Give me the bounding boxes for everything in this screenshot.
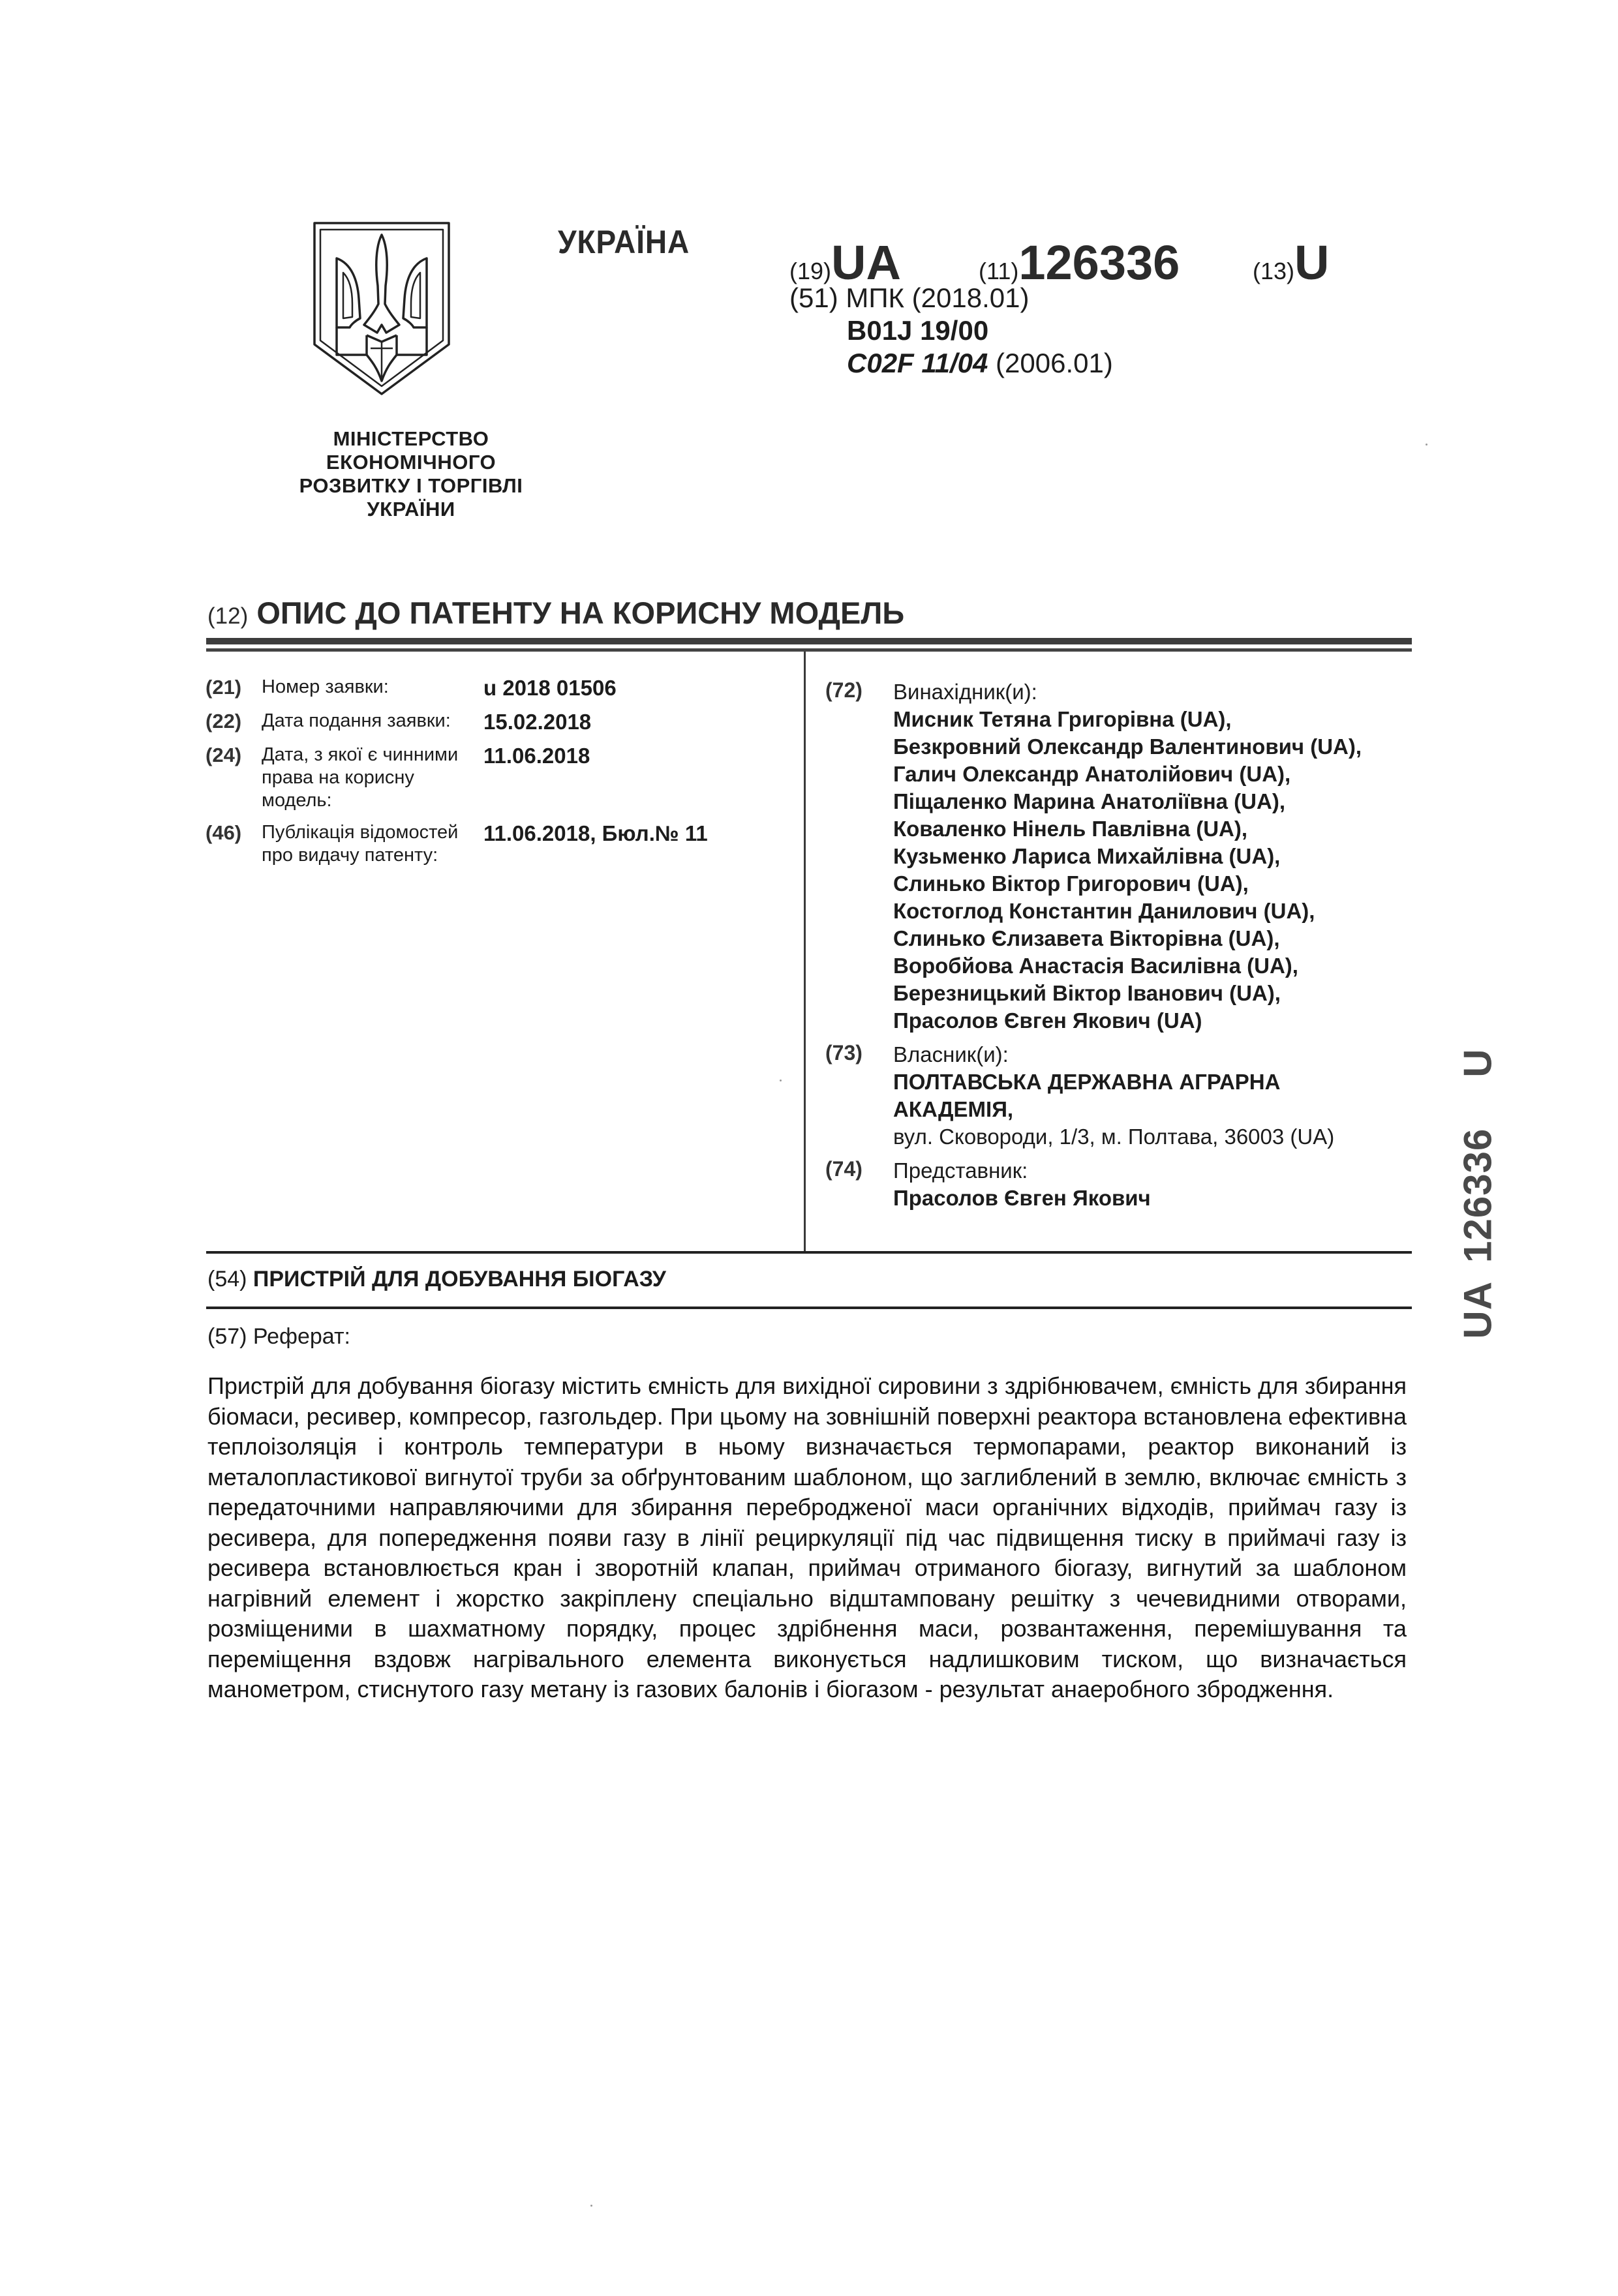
ministry-line: МІНІСТЕРСТВО bbox=[248, 427, 574, 451]
inventor-name: Березницький Віктор Іванович (UA), bbox=[893, 980, 1412, 1007]
inventor-name: Костоглод Константин Данилович (UA), bbox=[893, 898, 1412, 925]
kind-code: (13)U bbox=[1253, 235, 1329, 290]
owner-section: (73) Власник(и): ПОЛТАВСЬКА ДЕРЖАВНА АГР… bbox=[825, 1041, 1412, 1151]
bib-publication: (46) Публікація відомостей про видачу па… bbox=[206, 821, 793, 867]
ministry-line: УКРАЇНИ bbox=[248, 498, 574, 521]
scan-speck bbox=[590, 2205, 592, 2207]
ipc-header: (51) МПК (2018.01) bbox=[789, 282, 1113, 314]
abstract-text: Пристрій для добування біогазу містить є… bbox=[207, 1371, 1407, 1705]
representative-section: (74) Представник: Прасолов Євген Якович bbox=[825, 1157, 1412, 1212]
ministry-line: ЕКОНОМІЧНОГО bbox=[248, 451, 574, 474]
bib-application-number: (21) Номер заявки: u 2018 01506 bbox=[206, 676, 793, 701]
divider bbox=[206, 1307, 1412, 1309]
document-type: (12) ОПИС ДО ПАТЕНТУ НА КОРИСНУ МОДЕЛЬ bbox=[207, 595, 904, 631]
ipc-class: C02F 11/04 (2006.01) bbox=[789, 347, 1113, 380]
scan-speck bbox=[780, 1080, 782, 1081]
inventor-name: Прасолов Євген Якович (UA) bbox=[893, 1007, 1412, 1035]
representative-name: Прасолов Євген Якович bbox=[893, 1185, 1412, 1212]
inventor-name: Мисник Тетяна Григорівна (UA), bbox=[893, 706, 1412, 733]
inventor-name: Коваленко Нінель Павлівна (UA), bbox=[893, 815, 1412, 843]
bibliography-right: (72) Винахідник(и): Мисник Тетяна Григор… bbox=[825, 678, 1412, 1218]
side-patent-number: UA126336U bbox=[1412, 1001, 1543, 1386]
divider bbox=[206, 648, 1412, 652]
inventor-name: Галич Олександр Анатолійович (UA), bbox=[893, 761, 1412, 788]
ministry-line: РОЗВИТКУ І ТОРГІВЛІ bbox=[248, 474, 574, 498]
invention-title: (54) ПРИСТРІЙ ДЛЯ ДОБУВАННЯ БІОГАЗУ bbox=[207, 1267, 666, 1292]
inventor-name: Безкровний Олександр Валентинович (UA), bbox=[893, 733, 1389, 761]
divider bbox=[206, 638, 1412, 644]
inventor-name: Слинько Єлизавета Вікторівна (UA), bbox=[893, 925, 1412, 952]
inventor-name: Воробйова Анастасія Василівна (UA), bbox=[893, 952, 1412, 980]
ipc-class: B01J 19/00 bbox=[789, 314, 1113, 347]
divider bbox=[206, 1251, 1412, 1254]
bibliography-left: (21) Номер заявки: u 2018 01506 (22) Дат… bbox=[206, 676, 793, 876]
owner-address: вул. Сковороди, 1/3, м. Полтава, 36003 (… bbox=[893, 1123, 1412, 1151]
inventor-name: Піщаленко Марина Анатоліївна (UA), bbox=[893, 788, 1412, 815]
country-name: УКРАЇНА bbox=[558, 223, 690, 261]
coat-of-arms-icon bbox=[312, 220, 451, 397]
column-divider bbox=[804, 652, 806, 1253]
owner-name: ПОЛТАВСЬКА ДЕРЖАВНА АГРАРНА АКАДЕМІЯ, bbox=[893, 1068, 1350, 1123]
ipc-classification: (51) МПК (2018.01) B01J 19/00 C02F 11/04… bbox=[789, 282, 1113, 380]
abstract-heading: (57) Реферат: bbox=[207, 1324, 350, 1350]
ministry-name: МІНІСТЕРСТВО ЕКОНОМІЧНОГО РОЗВИТКУ І ТОР… bbox=[248, 427, 574, 521]
scan-speck bbox=[1426, 444, 1427, 446]
bib-filing-date: (22) Дата подання заявки: 15.02.2018 bbox=[206, 710, 793, 734]
bib-effective-date: (24) Дата, з якої є чинними права на кор… bbox=[206, 744, 793, 812]
inventors-section: (72) Винахідник(и): Мисник Тетяна Григор… bbox=[825, 678, 1412, 1035]
inventor-name: Кузьменко Лариса Михайлівна (UA), bbox=[893, 843, 1412, 870]
inventor-name: Слинько Віктор Григорович (UA), bbox=[893, 870, 1412, 898]
